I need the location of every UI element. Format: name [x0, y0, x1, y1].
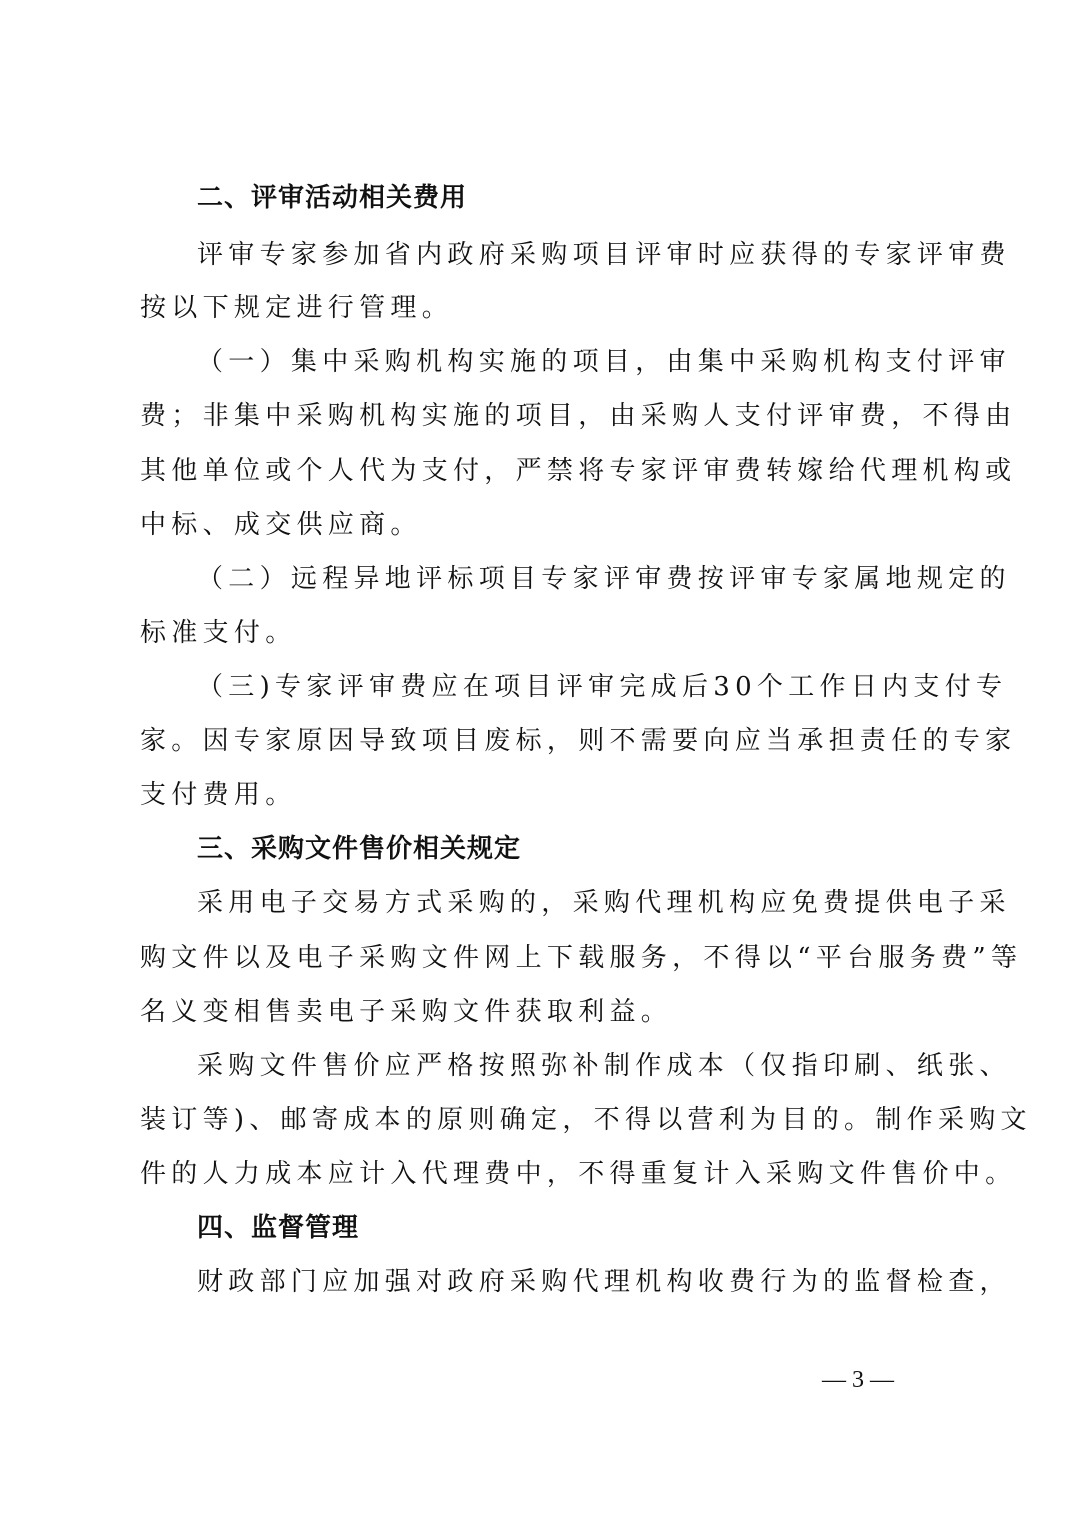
paragraph-line: 财政部门应加强对政府采购代理机构收费行为的监督检查， — [197, 1267, 997, 1297]
paragraph-line: 支付费用。 — [140, 780, 940, 810]
paragraph-line: （三)专家评审费应在项目评审完成后30个工作日内支付专 — [197, 672, 997, 702]
paragraph-line: （二）远程异地评标项目专家评审费按评审专家属地规定的 — [197, 564, 997, 594]
document-page: 二、评审活动相关费用 评审专家参加省内政府采购项目评审时应获得的专家评审费 按以… — [0, 0, 1080, 1527]
paragraph-line: 采用电子交易方式采购的，采购代理机构应免费提供电子采 — [197, 888, 997, 918]
paragraph-line: 评审专家参加省内政府采购项目评审时应获得的专家评审费 — [197, 240, 997, 270]
paragraph-line: 件的人力成本应计入代理费中，不得重复计入采购文件售价中。 — [140, 1159, 940, 1189]
paragraph-line: 中标、成交供应商。 — [140, 510, 940, 540]
paragraph-line: 购文件以及电子采购文件网上下载服务，不得以“平台服务费”等 — [140, 943, 940, 973]
paragraph-line: 其他单位或个人代为支付，严禁将专家评审费转嫁给代理机构或 — [140, 456, 940, 486]
page-number: — 3 — — [822, 1366, 894, 1394]
paragraph-line: 标准支付。 — [140, 618, 940, 648]
paragraph-line: 采购文件售价应严格按照弥补制作成本（仅指印刷、纸张、 — [197, 1051, 997, 1081]
paragraph-line: 按以下规定进行管理。 — [140, 293, 940, 323]
section-heading: 四、监督管理 — [197, 1213, 997, 1243]
paragraph-line: 费；非集中采购机构实施的项目，由采购人支付评审费，不得由 — [140, 401, 940, 431]
paragraph-line: 家。因专家原因导致项目废标，则不需要向应当承担责任的专家 — [140, 726, 940, 756]
paragraph-line: 装订等)、邮寄成本的原则确定，不得以营利为目的。制作采购文 — [140, 1105, 940, 1135]
paragraph-line: （一）集中采购机构实施的项目，由集中采购机构支付评审 — [197, 347, 997, 377]
section-heading: 二、评审活动相关费用 — [197, 183, 997, 213]
paragraph-line: 名义变相售卖电子采购文件获取利益。 — [140, 997, 940, 1027]
section-heading: 三、采购文件售价相关规定 — [197, 834, 997, 864]
